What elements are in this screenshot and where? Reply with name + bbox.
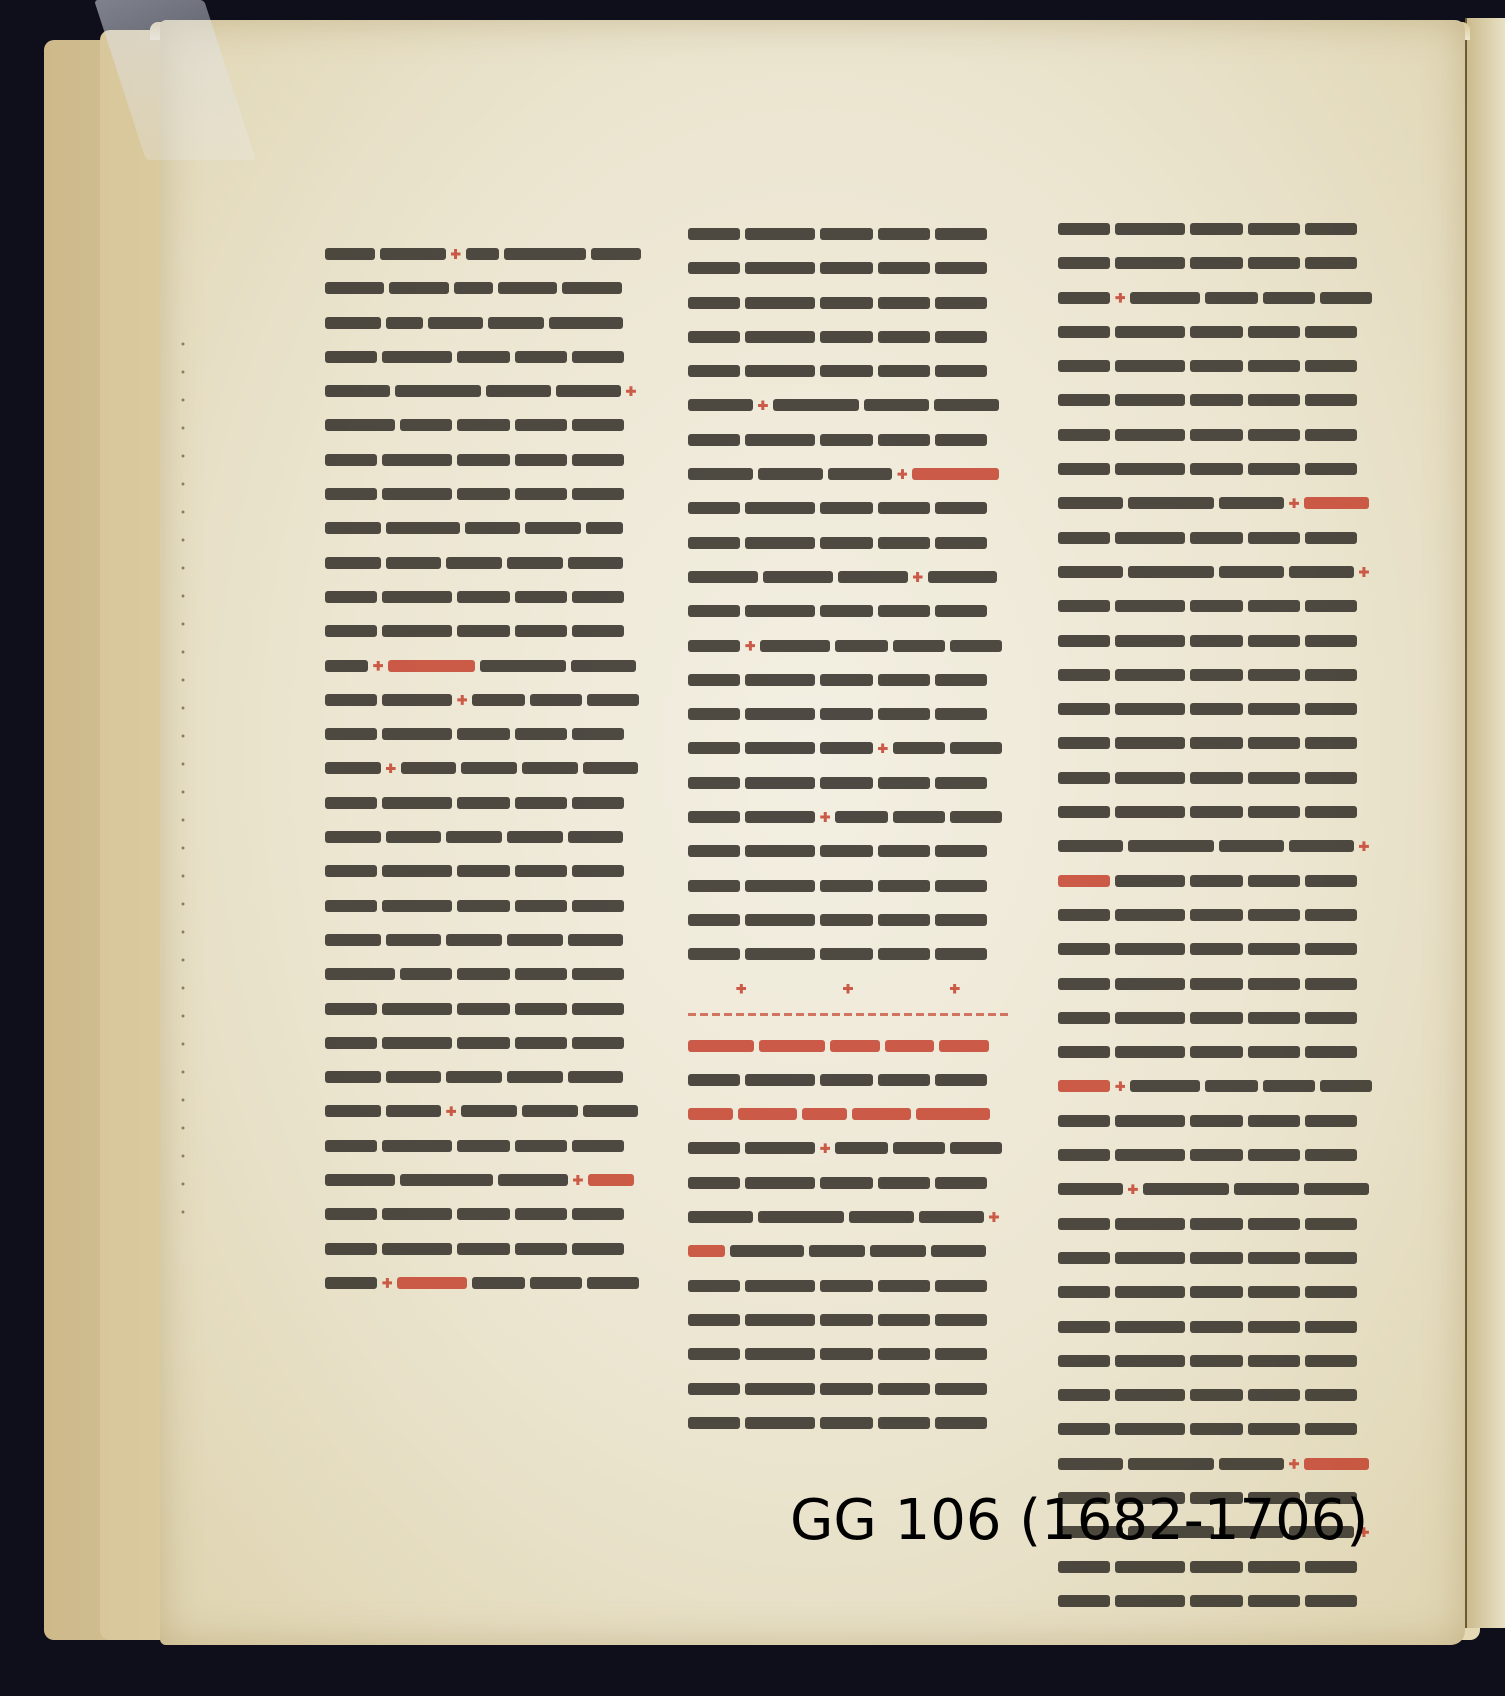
text-line: [1058, 832, 1378, 860]
word: [1248, 1286, 1300, 1298]
word: [591, 248, 641, 260]
text-line: [1058, 1210, 1378, 1238]
word: [870, 1245, 926, 1257]
word: [325, 1277, 377, 1289]
word: [934, 399, 999, 411]
word: [1115, 1012, 1185, 1024]
word: [878, 1383, 930, 1395]
word: [745, 502, 815, 514]
word: [935, 845, 987, 857]
word: [389, 282, 448, 294]
word: [935, 1314, 987, 1326]
word: [572, 900, 624, 912]
text-line: [325, 1063, 645, 1091]
word: [935, 434, 987, 446]
word: [1219, 1458, 1284, 1470]
word: [1058, 532, 1110, 544]
shelfmark-caption: GG 106 (1682-1706): [790, 1488, 1368, 1553]
word: [1190, 737, 1242, 749]
text-line: [1058, 215, 1378, 243]
word: [935, 1074, 987, 1086]
word: [745, 537, 815, 549]
word: [773, 399, 859, 411]
word: [428, 317, 484, 329]
text-line: [325, 1166, 645, 1194]
text-line: [325, 995, 645, 1023]
word: [1115, 463, 1185, 475]
text-line: [688, 529, 1008, 557]
text-line: [688, 1169, 1008, 1197]
word: [1248, 943, 1300, 955]
text-line: [688, 563, 1008, 591]
word: [457, 1003, 509, 1015]
text-line: [325, 1269, 645, 1297]
word: [820, 228, 872, 240]
word: [688, 1211, 753, 1223]
word: [382, 591, 452, 603]
word: [809, 1245, 865, 1257]
rubric-word: [1304, 497, 1369, 509]
word: [1115, 772, 1185, 784]
word: [878, 1074, 930, 1086]
text-line: [1058, 1175, 1378, 1203]
word: [1058, 1458, 1123, 1470]
section-divider: [688, 1013, 1008, 1016]
word: [480, 660, 566, 672]
text-line: [325, 309, 645, 337]
word: [1305, 635, 1357, 647]
rubric-word: [916, 1108, 990, 1120]
word: [820, 674, 872, 686]
word: [1248, 463, 1300, 475]
word: [457, 488, 509, 500]
word: [1305, 1595, 1357, 1607]
word: [919, 1211, 984, 1223]
word: [1305, 1423, 1357, 1435]
word: [688, 1417, 740, 1429]
word: [586, 522, 623, 534]
text-line: [325, 617, 645, 645]
text-line: [1058, 386, 1378, 414]
word: [950, 742, 1002, 754]
word: [1115, 394, 1185, 406]
word: [688, 468, 753, 480]
text-line: [1058, 1553, 1378, 1581]
word: [820, 742, 872, 754]
word: [1248, 1252, 1300, 1264]
rubric-word: [830, 1040, 880, 1052]
word: [1190, 1355, 1242, 1367]
word: [1248, 978, 1300, 990]
word: [515, 900, 567, 912]
word: [382, 625, 452, 637]
word: [1115, 1595, 1185, 1607]
text-line: [1058, 524, 1378, 552]
word: [1305, 1149, 1357, 1161]
word: [1305, 1355, 1357, 1367]
word: [382, 797, 452, 809]
text-line: [688, 734, 1008, 762]
word: [935, 708, 987, 720]
word: [878, 948, 930, 960]
ornament-row: [688, 975, 1008, 1003]
word: [1248, 1595, 1300, 1607]
word: [745, 1417, 815, 1429]
word: [1058, 1149, 1110, 1161]
word: [745, 1280, 815, 1292]
word: [1205, 1080, 1257, 1092]
word: [745, 1074, 815, 1086]
word: [688, 605, 740, 617]
word: [382, 1037, 452, 1049]
text-line: [325, 1097, 645, 1125]
word: [325, 522, 381, 534]
cross-ornament-icon: [386, 763, 396, 773]
word: [745, 708, 815, 720]
word: [820, 262, 872, 274]
word: [515, 419, 567, 431]
word: [688, 1074, 740, 1086]
word: [522, 1105, 578, 1117]
word: [745, 1177, 815, 1189]
word: [820, 777, 872, 789]
word: [931, 1245, 987, 1257]
word: [820, 1314, 872, 1326]
word: [935, 1348, 987, 1360]
word: [515, 1003, 567, 1015]
word: [935, 777, 987, 789]
word: [893, 742, 945, 754]
word: [386, 317, 423, 329]
word: [382, 1208, 452, 1220]
text-line: [688, 460, 1008, 488]
word: [568, 557, 624, 569]
text-line: [1058, 661, 1378, 689]
text-line: [325, 857, 645, 885]
word: [1263, 292, 1315, 304]
word: [465, 522, 521, 534]
word: [562, 282, 621, 294]
word: [1115, 943, 1185, 955]
word: [498, 1174, 568, 1186]
word: [688, 1383, 740, 1395]
word: [1115, 1252, 1185, 1264]
text-line: [1058, 1415, 1378, 1443]
word: [568, 1071, 624, 1083]
word: [1305, 1046, 1357, 1058]
text-line: [1058, 1587, 1378, 1615]
word: [1305, 772, 1357, 784]
word: [1305, 257, 1357, 269]
word: [1320, 292, 1372, 304]
word: [1190, 1115, 1242, 1127]
word: [878, 708, 930, 720]
word: [325, 660, 368, 672]
word: [587, 1277, 639, 1289]
word: [457, 865, 509, 877]
word: [1248, 1149, 1300, 1161]
word: [1115, 978, 1185, 990]
word: [935, 365, 987, 377]
word: [688, 914, 740, 926]
word: [1248, 394, 1300, 406]
word: [1190, 257, 1242, 269]
word: [878, 1417, 930, 1429]
word: [1058, 1012, 1110, 1024]
text-line: [325, 411, 645, 439]
word: [1058, 257, 1110, 269]
word: [1058, 292, 1110, 304]
word: [745, 228, 815, 240]
word: [1115, 635, 1185, 647]
word: [325, 591, 377, 603]
word: [1190, 943, 1242, 955]
word: [935, 880, 987, 892]
word: [1115, 1321, 1185, 1333]
text-line: [325, 1200, 645, 1228]
word: [935, 674, 987, 686]
word: [688, 777, 740, 789]
word: [325, 797, 377, 809]
word: [878, 365, 930, 377]
word: [1289, 566, 1354, 578]
word: [1305, 943, 1357, 955]
word: [1058, 1115, 1110, 1127]
text-line: [688, 1237, 1008, 1265]
word: [935, 331, 987, 343]
word: [515, 1208, 567, 1220]
word: [568, 831, 624, 843]
text-line: [1058, 455, 1378, 483]
rubric-word: [688, 1108, 733, 1120]
word: [688, 948, 740, 960]
word: [1305, 1115, 1357, 1127]
word: [1248, 600, 1300, 612]
cross-ornament-icon: [1289, 498, 1299, 508]
word: [1305, 669, 1357, 681]
word: [1058, 360, 1110, 372]
word: [382, 694, 452, 706]
word: [1248, 875, 1300, 887]
word: [745, 880, 815, 892]
word: [820, 331, 872, 343]
word: [828, 468, 893, 480]
word: [1190, 703, 1242, 715]
word: [820, 1177, 872, 1189]
word: [688, 262, 740, 274]
word: [507, 557, 563, 569]
word: [325, 557, 381, 569]
word: [1058, 806, 1110, 818]
word: [745, 914, 815, 926]
text-line: [1058, 1141, 1378, 1169]
word: [504, 248, 587, 260]
word: [935, 262, 987, 274]
word: [382, 728, 452, 740]
word: [745, 742, 815, 754]
word: [325, 900, 377, 912]
text-line: [1058, 1313, 1378, 1341]
word: [688, 742, 740, 754]
word: [1320, 1080, 1372, 1092]
word: [688, 708, 740, 720]
word: [457, 1208, 509, 1220]
word: [878, 1314, 930, 1326]
text-column-left: [325, 240, 645, 1303]
word: [572, 968, 624, 980]
text-line: [1058, 1107, 1378, 1135]
background-bottom: [130, 1645, 1470, 1696]
text-column-middle: [688, 220, 1008, 1443]
word: [1305, 1012, 1357, 1024]
word: [1305, 532, 1357, 544]
word: [1128, 497, 1214, 509]
word: [382, 900, 452, 912]
word: [472, 1277, 524, 1289]
word: [688, 571, 758, 583]
word: [395, 385, 481, 397]
word: [1190, 1561, 1242, 1573]
word: [745, 674, 815, 686]
word: [386, 522, 460, 534]
word: [1248, 1012, 1300, 1024]
text-line: [688, 1375, 1008, 1403]
word: [1248, 772, 1300, 784]
word: [820, 1348, 872, 1360]
word: [583, 762, 639, 774]
word: [1219, 566, 1284, 578]
word: [688, 228, 740, 240]
text-line: [325, 789, 645, 817]
word: [1248, 1561, 1300, 1573]
word: [935, 605, 987, 617]
text-line: [1058, 249, 1378, 277]
rubric-word: [1058, 875, 1110, 887]
text-line: [1058, 1038, 1378, 1066]
word: [1190, 394, 1242, 406]
word: [1305, 737, 1357, 749]
word: [400, 968, 452, 980]
word: [1305, 875, 1357, 887]
word: [820, 605, 872, 617]
text-line: [1058, 1278, 1378, 1306]
word: [1115, 1355, 1185, 1367]
text-line: [1058, 1347, 1378, 1375]
word: [1248, 360, 1300, 372]
word: [1058, 909, 1110, 921]
word: [325, 934, 381, 946]
word: [1190, 1423, 1242, 1435]
cross-ornament-icon: [373, 661, 383, 671]
word: [935, 1280, 987, 1292]
text-line: [1058, 970, 1378, 998]
word: [688, 845, 740, 857]
word: [1058, 1183, 1123, 1195]
word: [1190, 429, 1242, 441]
word: [568, 934, 624, 946]
word: [572, 865, 624, 877]
word: [382, 488, 452, 500]
word: [515, 1037, 567, 1049]
word: [525, 522, 581, 534]
rubric-word: [852, 1108, 911, 1120]
word: [950, 640, 1002, 652]
word: [1190, 1595, 1242, 1607]
word: [1058, 1286, 1110, 1298]
text-line: [325, 514, 645, 542]
word: [935, 1417, 987, 1429]
word: [935, 228, 987, 240]
word: [1130, 292, 1200, 304]
word: [549, 317, 623, 329]
word: [820, 914, 872, 926]
word: [935, 948, 987, 960]
text-line: [688, 1306, 1008, 1334]
cross-ornament-icon: [820, 812, 830, 822]
word: [325, 488, 377, 500]
word: [745, 1142, 815, 1154]
word: [325, 694, 377, 706]
word: [688, 1177, 740, 1189]
word: [457, 968, 509, 980]
word: [1058, 1423, 1110, 1435]
word: [1115, 1561, 1185, 1573]
text-line: [325, 686, 645, 714]
word: [572, 351, 624, 363]
word: [1248, 1115, 1300, 1127]
word: [1248, 1046, 1300, 1058]
text-line: [688, 1409, 1008, 1437]
word: [507, 831, 563, 843]
word: [572, 1208, 624, 1220]
text-column-right: [1058, 215, 1378, 1621]
word: [745, 845, 815, 857]
word: [1115, 1115, 1185, 1127]
word: [849, 1211, 914, 1223]
text-line: [325, 583, 645, 611]
word: [1058, 566, 1123, 578]
word: [745, 434, 815, 446]
word: [820, 502, 872, 514]
word: [1115, 806, 1185, 818]
word: [688, 365, 740, 377]
text-line: [325, 892, 645, 920]
word: [730, 1245, 804, 1257]
word: [1190, 463, 1242, 475]
text-line: [688, 1100, 1008, 1128]
cross-ornament-icon: [950, 984, 960, 994]
word: [457, 454, 509, 466]
word: [688, 674, 740, 686]
cross-ornament-icon: [626, 386, 636, 396]
word: [325, 1003, 377, 1015]
text-line: [688, 391, 1008, 419]
word: [1305, 1252, 1357, 1264]
word: [878, 845, 930, 857]
word: [1248, 532, 1300, 544]
word: [457, 728, 509, 740]
word: [1058, 394, 1110, 406]
word: [1115, 1286, 1185, 1298]
word: [688, 640, 740, 652]
word: [745, 948, 815, 960]
text-line: [1058, 695, 1378, 723]
word: [1058, 1561, 1110, 1573]
rubric-word: [802, 1108, 847, 1120]
word: [1058, 943, 1110, 955]
text-line: [688, 323, 1008, 351]
word: [745, 1348, 815, 1360]
